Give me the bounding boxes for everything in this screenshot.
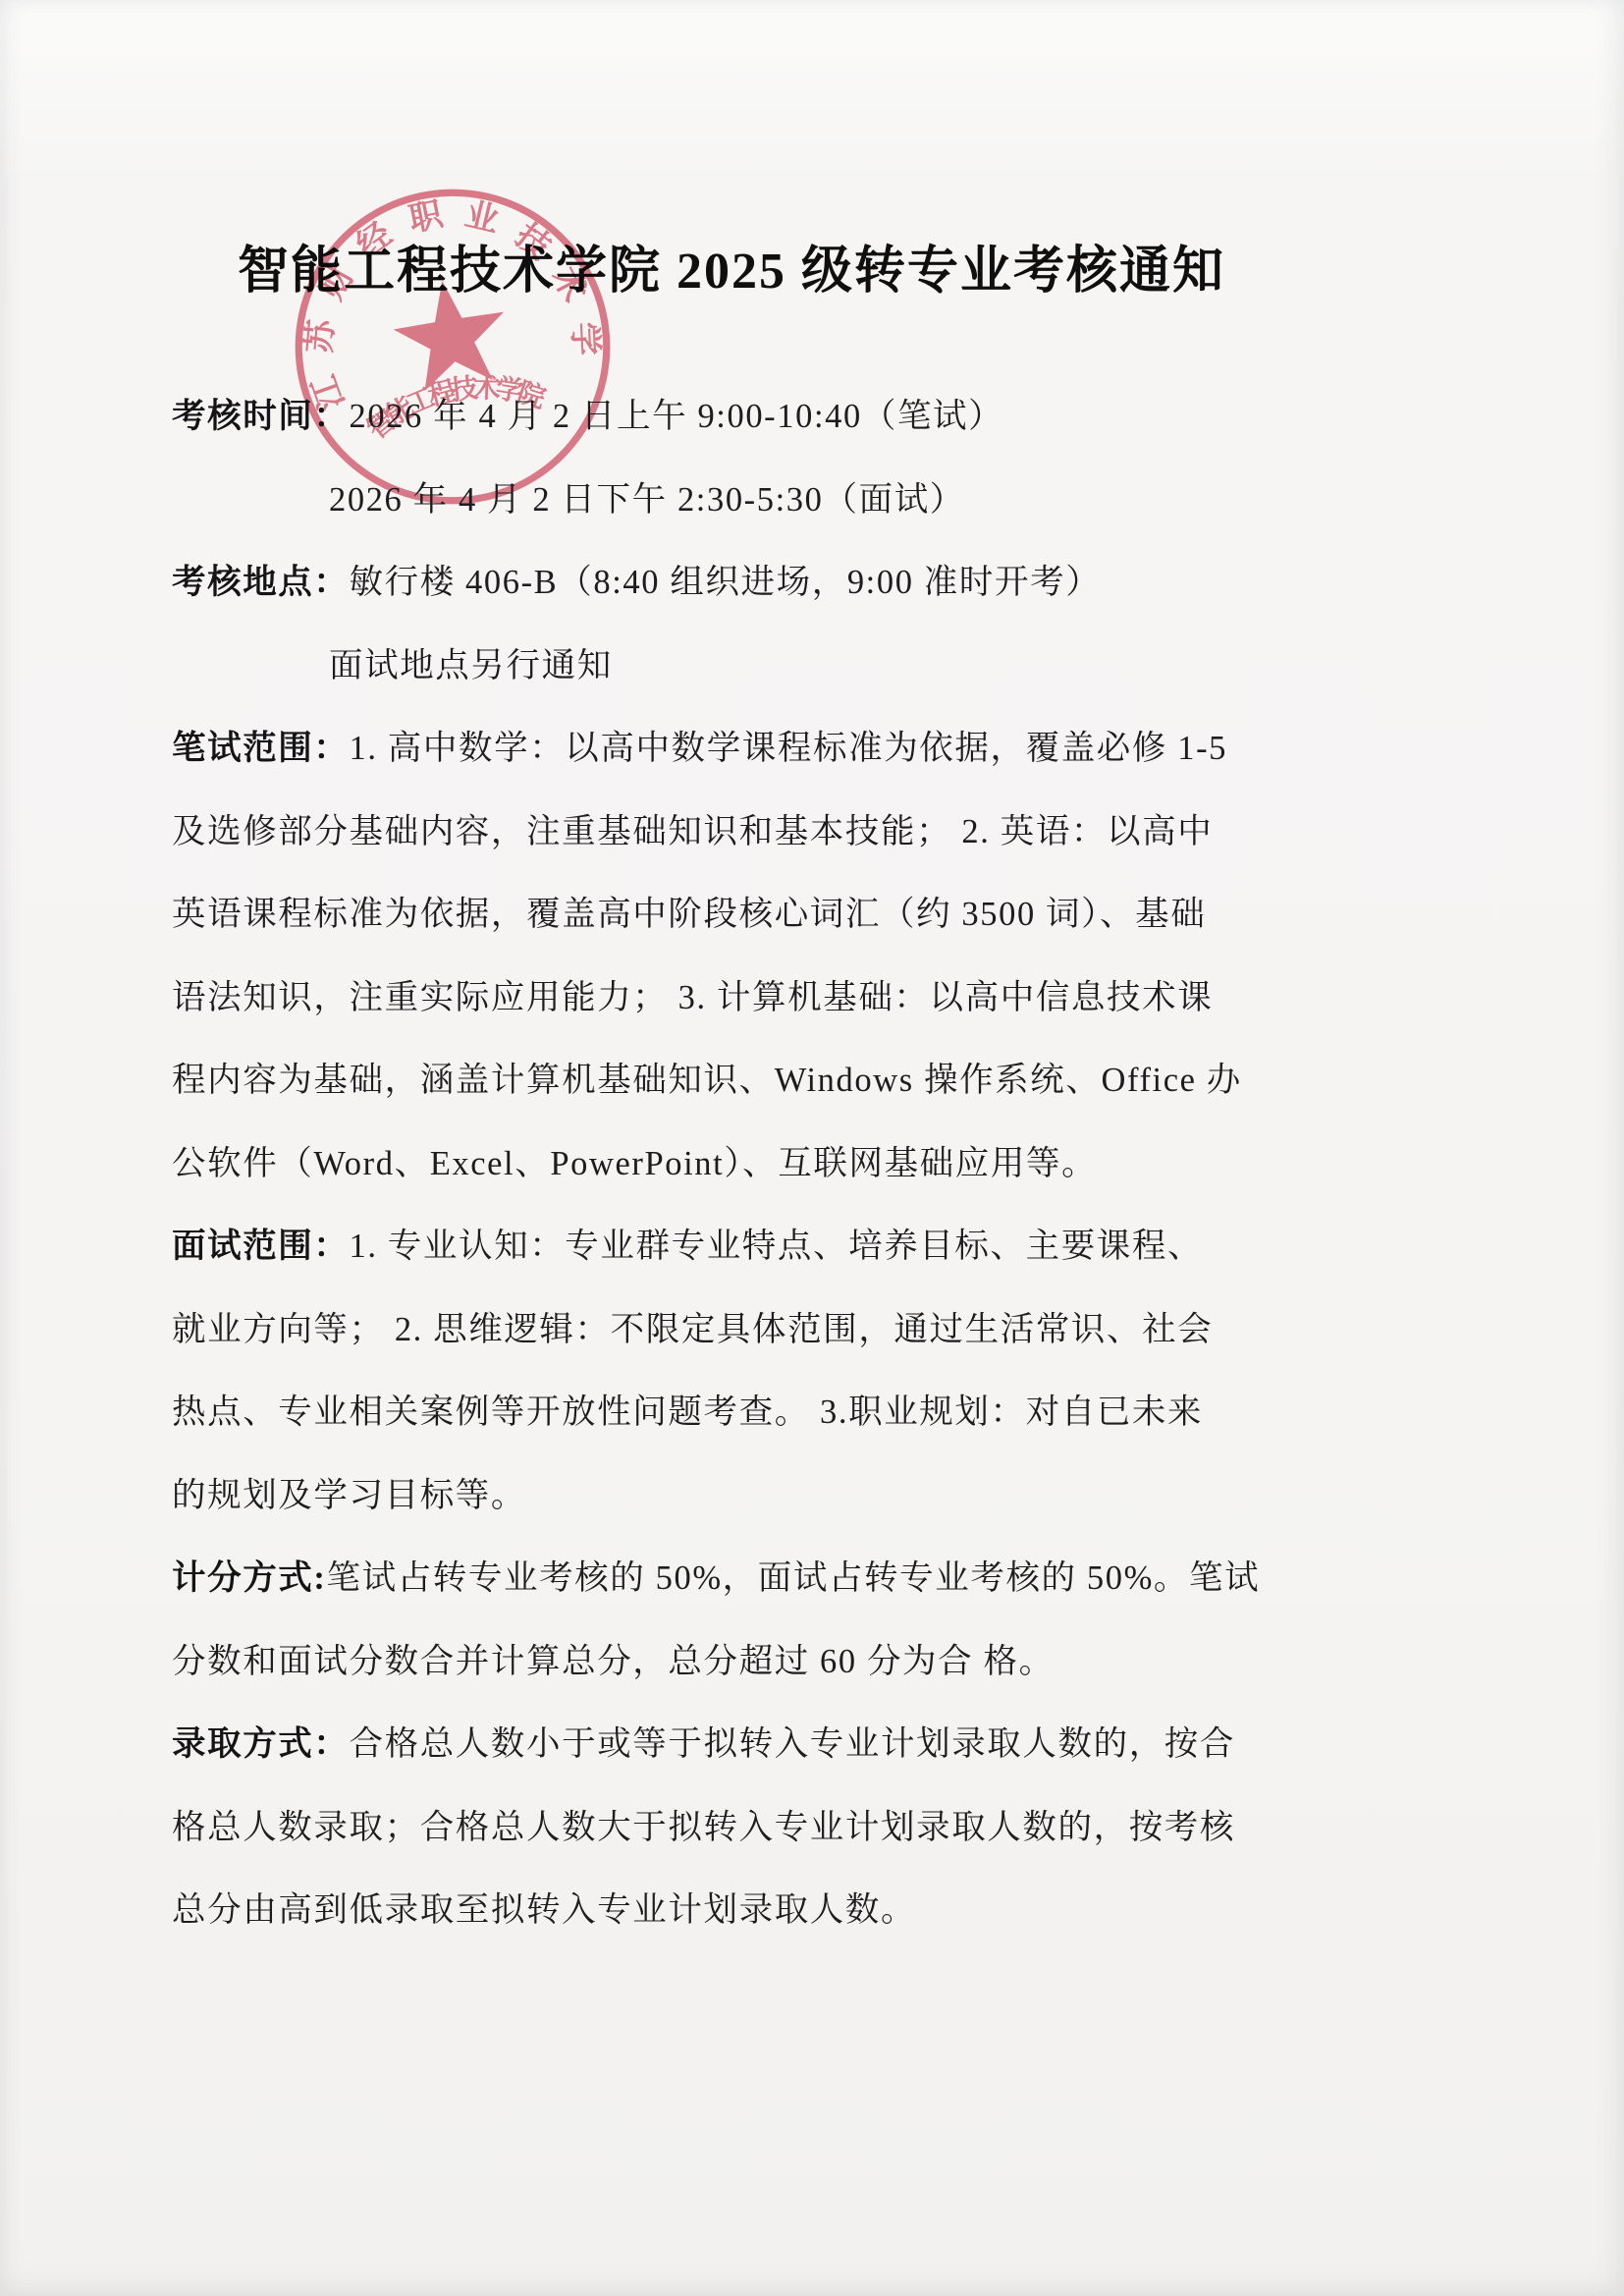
notice-line: 格总人数录取；合格总人数大于拟转入专业计划录取人数的，按考核 — [172, 1786, 1438, 1870]
line-text: 程内容为基础，涵盖计算机基础知识、Windows 操作系统、Office 办 — [172, 1062, 1242, 1099]
notice-line: 热点、专业相关案例等开放性问题考查。 3.职业规划：对自已未来 — [172, 1371, 1438, 1454]
notice-line: 考核时间：2026 年 4 月 2 日上午 9:00-10:40（笔试） — [172, 375, 1438, 459]
notice-line: 2026 年 4 月 2 日下午 2:30-5:30（面试） — [172, 459, 1438, 542]
notice-line: 面试范围：1. 专业认知：专业群专业特点、培养目标、主要课程、 — [172, 1205, 1438, 1288]
notice-line: 总分由高到低录取至拟转入专业计划录取人数。 — [172, 1869, 1438, 1952]
notice-line: 英语课程标准为依据，覆盖高中阶段核心词汇（约 3500 词）、基础 — [172, 873, 1438, 957]
notice-body: 考核时间：2026 年 4 月 2 日上午 9:00-10:40（笔试） 202… — [172, 375, 1438, 1952]
line-text: 热点、专业相关案例等开放性问题考查。 3.职业规划：对自已未来 — [172, 1394, 1203, 1431]
line-label: 面试范围： — [172, 1228, 350, 1265]
line-text: 语法知识，注重实际应用能力； 3. 计算机基础：以高中信息技术课 — [172, 979, 1213, 1016]
line-text: 面试地点另行通知 — [329, 647, 613, 684]
notice-line: 录取方式：合格总人数小于或等于拟转入专业计划录取人数的，按合 — [172, 1703, 1438, 1786]
line-text: 1. 专业认知：专业群专业特点、培养目标、主要课程、 — [350, 1228, 1204, 1265]
notice-line: 计分方式:笔试占转专业考核的 50%，面试占转专业考核的 50%。笔试 — [172, 1537, 1438, 1620]
line-text: 敏行楼 406-B（8:40 组织进场，9:00 准时开考） — [350, 564, 1102, 601]
notice-line: 语法知识，注重实际应用能力； 3. 计算机基础：以高中信息技术课 — [172, 957, 1438, 1040]
line-text: 英语课程标准为依据，覆盖高中阶段核心词汇（约 3500 词）、基础 — [172, 896, 1206, 933]
line-text: 合格总人数小于或等于拟转入专业计划录取人数的，按合 — [350, 1725, 1236, 1763]
scanned-notice-page: 智能工程技术学院 2025 级转专业考核通知 江苏财经职业技术学院 智能工程技术… — [0, 0, 1624, 2296]
line-label: 考核时间： — [172, 398, 350, 435]
line-text: 1. 高中数学：以高中数学课程标准为依据，覆盖必修 1-5 — [350, 730, 1228, 767]
line-text: 2026 年 4 月 2 日下午 2:30-5:30（面试） — [329, 481, 965, 519]
line-text: 2026 年 4 月 2 日上午 9:00-10:40（笔试） — [350, 398, 1004, 435]
line-label: 计分方式: — [172, 1559, 327, 1597]
line-text: 总分由高到低录取至拟转入专业计划录取人数。 — [172, 1891, 916, 1929]
line-text: 公软件（Word、Excel、PowerPoint）、互联网基础应用等。 — [172, 1145, 1097, 1182]
line-text: 分数和面试分数合并计算总分，总分超过 60 分为合 格。 — [172, 1643, 1055, 1680]
notice-title: 智能工程技术学院 2025 级转专业考核通知 — [0, 229, 1463, 302]
line-label: 录取方式： — [172, 1725, 350, 1763]
notice-line: 面试地点另行通知 — [172, 625, 1438, 708]
notice-line: 公软件（Word、Excel、PowerPoint）、互联网基础应用等。 — [172, 1122, 1438, 1206]
notice-line: 笔试范围：1. 高中数学：以高中数学课程标准为依据，覆盖必修 1-5 — [172, 707, 1438, 791]
notice-line: 及选修部分基础内容，注重基础知识和基本技能； 2. 英语：以高中 — [172, 791, 1438, 874]
line-text: 的规划及学习目标等。 — [172, 1477, 526, 1514]
notice-line: 分数和面试分数合并计算总分，总分超过 60 分为合 格。 — [172, 1620, 1438, 1704]
line-text: 笔试占转专业考核的 50%，面试占转专业考核的 50%。笔试 — [327, 1559, 1261, 1597]
notice-line: 的规划及学习目标等。 — [172, 1454, 1438, 1538]
line-text: 格总人数录取；合格总人数大于拟转入专业计划录取人数的，按考核 — [172, 1809, 1235, 1846]
notice-line: 就业方向等； 2. 思维逻辑：不限定具体范围，通过生活常识、社会 — [172, 1288, 1438, 1372]
line-text: 就业方向等； 2. 思维逻辑：不限定具体范围，通过生活常识、社会 — [172, 1311, 1213, 1348]
line-text: 及选修部分基础内容，注重基础知识和基本技能； 2. 英语：以高中 — [172, 813, 1213, 850]
notice-line: 考核地点：敏行楼 406-B（8:40 组织进场，9:00 准时开考） — [172, 541, 1438, 625]
line-label: 考核地点： — [172, 564, 350, 601]
notice-line: 程内容为基础，涵盖计算机基础知识、Windows 操作系统、Office 办 — [172, 1039, 1438, 1122]
line-label: 笔试范围： — [172, 730, 350, 767]
